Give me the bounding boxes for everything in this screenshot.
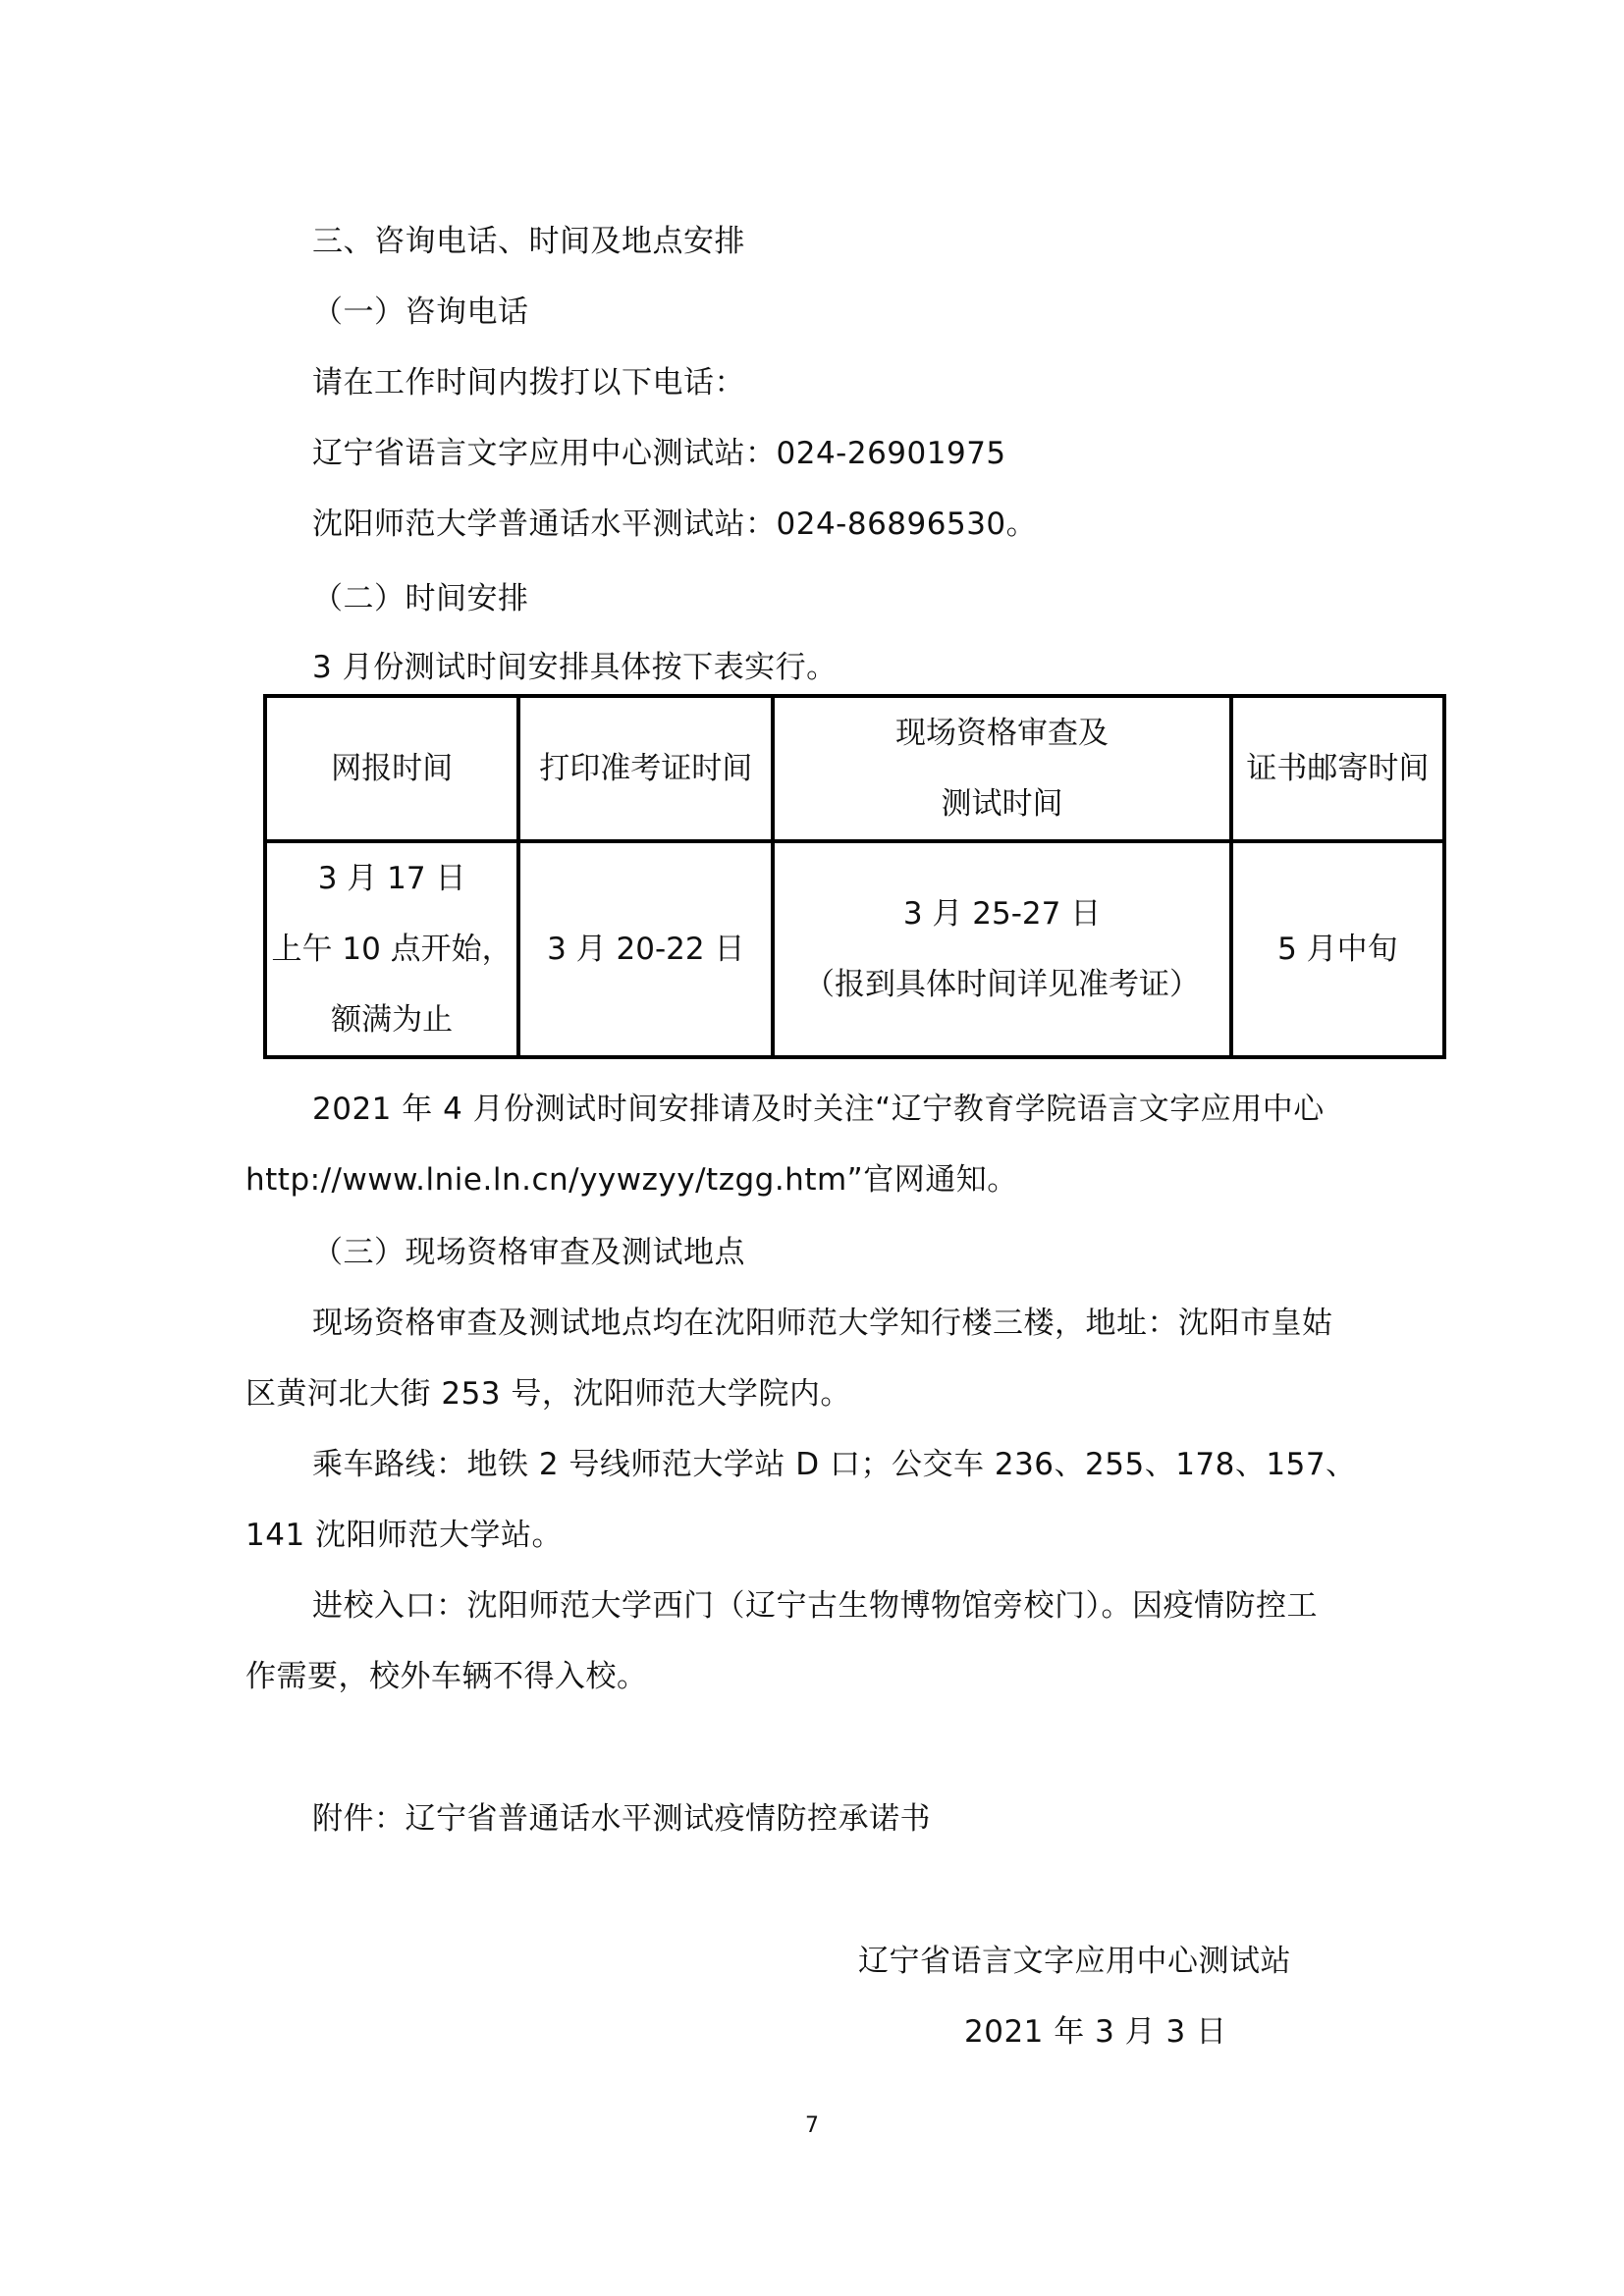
signature-org: 辽宁省语言文字应用中心测试站 xyxy=(858,1942,1291,1981)
sub2-intro: 3 月份测试时间安排具体按下表实行。 xyxy=(312,648,838,687)
table-row: 3 月 17 日上午 10 点开始，额满为止 3 月 20-22 日 3 月 2… xyxy=(265,841,1444,1057)
april-note-line-1: 2021 年 4 月份测试时间安排请及时关注“辽宁教育学院语言文字应用中心 xyxy=(312,1090,1325,1129)
attachment-line: 附件：辽宁省普通话水平测试疫情防控承诺书 xyxy=(312,1799,931,1839)
header-cell-review-test: 现场资格审查及测试时间 xyxy=(773,696,1230,841)
cell-review-test: 3 月 25-27 日（报到具体时间详见准考证） xyxy=(773,841,1230,1057)
route-line-1: 乘车路线：地铁 2 号线师范大学站 D 口；公交车 236、255、178、15… xyxy=(312,1445,1357,1484)
sub3-title: （三）现场资格审查及测试地点 xyxy=(312,1233,745,1272)
table-header-row: 网报时间 打印准考证时间 现场资格审查及测试时间 证书邮寄时间 xyxy=(265,696,1444,841)
section-heading: 三、咨询电话、时间及地点安排 xyxy=(312,222,745,261)
cell-mailing: 5 月中旬 xyxy=(1231,841,1444,1057)
route-line-2: 141 沈阳师范大学站。 xyxy=(245,1516,563,1555)
header-cell-mailing: 证书邮寄时间 xyxy=(1231,696,1444,841)
entrance-line-2: 作需要，校外车辆不得入校。 xyxy=(245,1657,648,1696)
april-note-line-2: http://www.lnie.ln.cn/yywzyy/tzgg.htm”官网… xyxy=(245,1160,1018,1200)
cell-registration: 3 月 17 日上午 10 点开始，额满为止 xyxy=(265,841,518,1057)
location-line-2: 区黄河北大街 253 号，沈阳师范大学院内。 xyxy=(245,1374,851,1414)
sub2-title: （二）时间安排 xyxy=(312,579,529,618)
page-number: 7 xyxy=(0,2113,1624,2138)
header-cell-print-ticket: 打印准考证时间 xyxy=(518,696,773,841)
location-line-1: 现场资格审查及测试地点均在沈阳师范大学知行楼三楼，地址：沈阳市皇姑 xyxy=(312,1304,1333,1343)
sub1-intro: 请在工作时间内拨打以下电话： xyxy=(312,363,745,402)
cell-print-ticket: 3 月 20-22 日 xyxy=(518,841,773,1057)
sub1-title: （一）咨询电话 xyxy=(312,293,529,332)
schedule-table: 网报时间 打印准考证时间 现场资格审查及测试时间 证书邮寄时间 3 月 17 日… xyxy=(263,694,1446,1059)
header-cell-registration: 网报时间 xyxy=(265,696,518,841)
phone-line-2: 沈阳师范大学普通话水平测试站：024-86896530。 xyxy=(312,505,1037,544)
phone-line-1: 辽宁省语言文字应用中心测试站：024-26901975 xyxy=(312,434,1006,473)
entrance-line-1: 进校入口：沈阳师范大学西门（辽宁古生物博物馆旁校门）。因疫情防控工 xyxy=(312,1586,1318,1626)
signature-date: 2021 年 3 月 3 日 xyxy=(964,2012,1227,2052)
